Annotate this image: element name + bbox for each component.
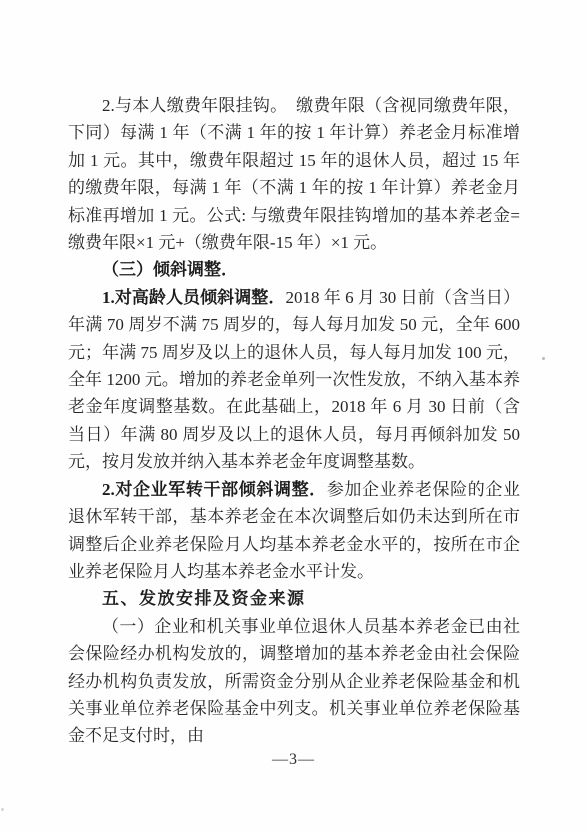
paragraph-military-cadres: 2.对企业军转干部倾斜调整．参加企业养老保险的企业退休军转干部，基本养老金在本次… <box>68 476 520 586</box>
body-text: 2.与本人缴费年限挂钩。 缴费年限（含视同缴费年限，下同）每满 1 年（不满 1… <box>68 92 520 750</box>
paragraph-contribution-years: 2.与本人缴费年限挂钩。 缴费年限（含视同缴费年限，下同）每满 1 年（不满 1… <box>68 92 520 256</box>
heading-tilt-adjustment-text: （三）倾斜调整． <box>102 260 238 279</box>
paragraph-distribution-funding: （一）企业和机关事业单位退休人员基本养老金已由社会保险经办机构发放的，调整增加的… <box>68 613 520 750</box>
heading-section-five: 五、发放安排及资金来源 <box>68 585 520 612</box>
scan-speck <box>1 808 4 811</box>
paragraph-senior-tilt: 1.对高龄人员倾斜调整．2018 年 6 月 30 日前（含当日）年满 70 周… <box>68 284 520 476</box>
paragraph-senior-tilt-lead: 1.对高龄人员倾斜调整． <box>102 288 285 307</box>
heading-section-five-text: 五、发放安排及资金来源 <box>102 589 306 608</box>
scan-speck <box>542 357 545 360</box>
heading-tilt-adjustment: （三）倾斜调整． <box>68 256 520 283</box>
paragraph-contribution-years-text: 2.与本人缴费年限挂钩。 缴费年限（含视同缴费年限，下同）每满 1 年（不满 1… <box>68 96 520 252</box>
document-page: 2.与本人缴费年限挂钩。 缴费年限（含视同缴费年限，下同）每满 1 年（不满 1… <box>0 0 587 833</box>
page-number-text: —3— <box>272 751 315 768</box>
paragraph-senior-tilt-text: 2018 年 6 月 30 日前（含当日）年满 70 周岁不满 75 周岁的，每… <box>68 288 520 471</box>
page-number: —3— <box>0 751 587 769</box>
paragraph-distribution-funding-text: （一）企业和机关事业单位退休人员基本养老金已由社会保险经办机构发放的，调整增加的… <box>68 617 520 746</box>
paragraph-military-cadres-lead: 2.对企业军转干部倾斜调整． <box>102 480 327 499</box>
